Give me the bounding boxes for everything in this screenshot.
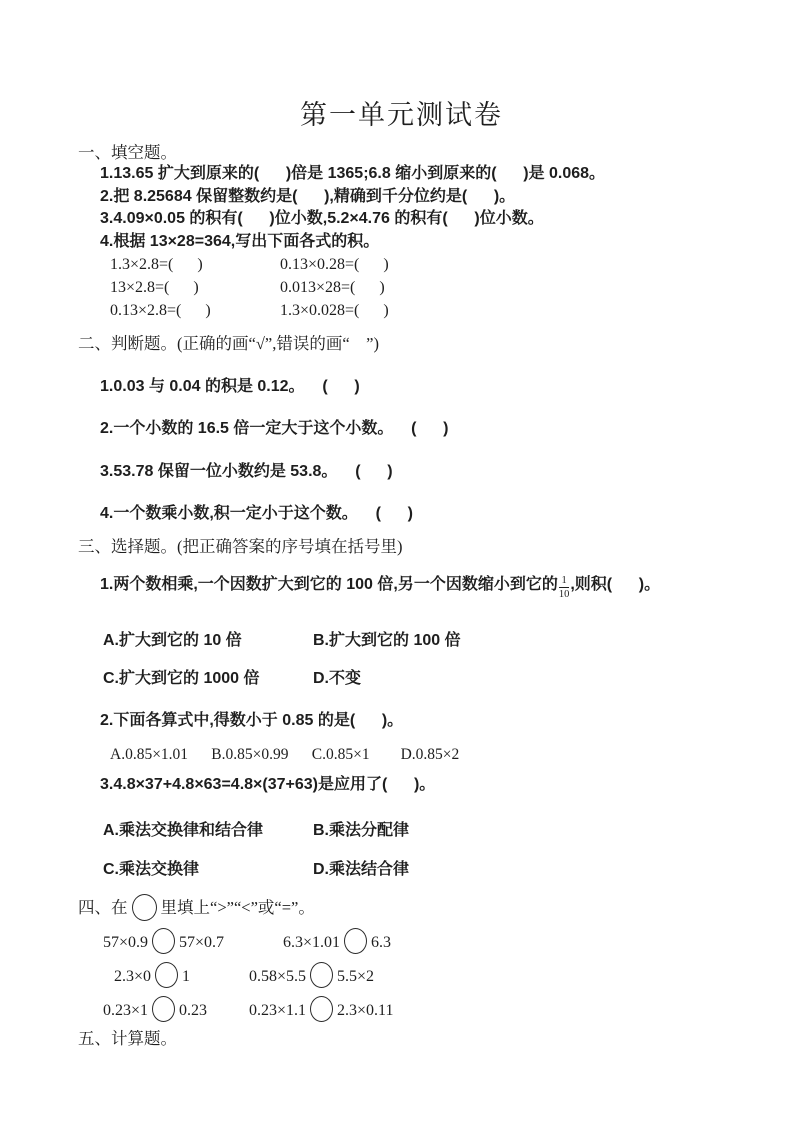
compare-circle-blank	[155, 962, 178, 988]
option-c: C.乘法交换律	[103, 859, 313, 881]
section-calc-header: 五、计算题。	[78, 1028, 725, 1050]
section-judge-header: 二、判断题。(正确的画“√”,错误的画“ ”)	[78, 333, 725, 355]
compare-row-2: 2.3×01 0.58×5.55.5×2	[114, 962, 725, 991]
fraction-numerator: 1	[559, 575, 570, 588]
product-row-1: 1.3×2.8=( ) 0.13×0.28=( )	[110, 253, 725, 276]
compare-pair: 2.3×01	[114, 962, 249, 991]
option-d: D.乘法结合律	[313, 859, 409, 881]
product-expression: 0.013×28=( )	[280, 276, 385, 299]
product-row-2: 13×2.8=( ) 0.013×28=( )	[110, 276, 725, 299]
compare-circle-icon	[132, 894, 157, 921]
choice-q1-text-pre: 1.两个数相乘,一个因数扩大到它的 100 倍,另一个因数缩小到它的	[100, 576, 558, 593]
option-b: B.乘法分配律	[313, 820, 409, 842]
fill-question-1: 1.13.65 扩大到原来的( )倍是 1365;6.8 缩小到原来的( )是 …	[100, 163, 725, 186]
test-paper-page: 第一单元测试卷 一、填空题。 1.13.65 扩大到原来的( )倍是 1365;…	[0, 0, 793, 1122]
choice-q3-options-row-1: A.乘法交换律和结合律 B.乘法分配律	[103, 820, 725, 842]
compare-pair: 0.58×5.55.5×2	[249, 962, 374, 991]
compare-right-expression: 0.23	[179, 1002, 207, 1019]
fraction-one-tenth: 110	[558, 575, 571, 600]
choice-question-3: 3.4.8×37+4.8×63=4.8×(37+63)是应用了( )。	[100, 774, 725, 796]
choice-q3-options-row-2: C.乘法交换律 D.乘法结合律	[103, 859, 725, 881]
compare-circle-blank	[152, 996, 175, 1022]
compare-left-expression: 0.58×5.5	[249, 968, 306, 985]
product-row-3: 0.13×2.8=( ) 1.3×0.028=( )	[110, 299, 725, 322]
judge-item-1: 1.0.03 与 0.04 的积是 0.12。 ( )	[100, 376, 725, 398]
compare-left-expression: 2.3×0	[114, 968, 151, 985]
judge-item-4: 4.一个数乘小数,积一定小于这个数。 ( )	[100, 503, 725, 525]
section-fill-header: 一、填空题。	[78, 142, 725, 163]
compare-row-3: 0.23×10.23 0.23×1.12.3×0.11	[103, 996, 725, 1025]
choice-q1-options-row-2: C.扩大到它的 1000 倍 D.不变	[103, 668, 725, 690]
section-choice-header: 三、选择题。(把正确答案的序号填在括号里)	[78, 536, 725, 558]
compare-pair: 6.3×1.016.3	[283, 928, 391, 957]
compare-left-expression: 0.23×1	[103, 1002, 148, 1019]
page-title: 第一单元测试卷	[78, 97, 725, 133]
compare-circle-blank	[344, 928, 367, 954]
option-c: C.扩大到它的 1000 倍	[103, 668, 313, 690]
option-a: A.扩大到它的 10 倍	[103, 630, 313, 652]
fill-question-2: 2.把 8.25684 保留整数约是( ),精确到千分位约是( )。	[100, 186, 725, 209]
choice-q1-options-row-1: A.扩大到它的 10 倍 B.扩大到它的 100 倍	[103, 630, 725, 652]
compare-row-1: 57×0.957×0.7 6.3×1.016.3	[103, 928, 725, 957]
compare-right-expression: 6.3	[371, 934, 391, 951]
compare-left-expression: 0.23×1.1	[249, 1002, 306, 1019]
product-expression: 13×2.8=( )	[110, 276, 280, 299]
option-b: B.扩大到它的 100 倍	[313, 630, 461, 652]
option-a: A.乘法交换律和结合律	[103, 820, 313, 842]
fill-question-3: 3.4.09×0.05 的积有( )位小数,5.2×4.76 的积有( )位小数…	[100, 208, 725, 231]
compare-pair: 0.23×10.23	[103, 996, 249, 1025]
judge-item-3: 3.53.78 保留一位小数约是 53.8。 ( )	[100, 461, 725, 483]
compare-left-expression: 57×0.9	[103, 934, 148, 951]
compare-pair: 57×0.957×0.7	[103, 928, 283, 957]
compare-circle-blank	[152, 928, 175, 954]
judge-item-2: 2.一个小数的 16.5 倍一定大于这个小数。 ( )	[100, 418, 725, 440]
option-d: D.不变	[313, 668, 361, 690]
compare-pair: 0.23×1.12.3×0.11	[249, 996, 393, 1025]
compare-circle-blank	[310, 962, 333, 988]
choice-question-2: 2.下面各算式中,得数小于 0.85 的是( )。	[100, 710, 725, 732]
compare-header-post: 里填上“>”“<”或“=”。	[161, 898, 315, 917]
choice-question-1: 1.两个数相乘,一个因数扩大到它的 100 倍,另一个因数缩小到它的110,则积…	[100, 571, 725, 600]
product-expression: 1.3×2.8=( )	[110, 253, 280, 276]
product-expression: 1.3×0.028=( )	[280, 299, 389, 322]
choice-q1-text-post: ,则积( )。	[570, 576, 660, 593]
section-compare-header: 四、在里填上“>”“<”或“=”。	[78, 893, 725, 923]
product-expression: 0.13×2.8=( )	[110, 299, 280, 322]
compare-header-pre: 四、在	[78, 898, 128, 917]
product-expression: 0.13×0.28=( )	[280, 253, 389, 276]
compare-right-expression: 57×0.7	[179, 934, 224, 951]
fill-question-4: 4.根据 13×28=364,写出下面各式的积。	[100, 231, 725, 254]
compare-circle-blank	[310, 996, 333, 1022]
compare-right-expression: 5.5×2	[337, 968, 374, 985]
fraction-denominator: 10	[559, 588, 570, 600]
compare-right-expression: 2.3×0.11	[337, 1002, 393, 1019]
compare-right-expression: 1	[182, 968, 190, 985]
compare-left-expression: 6.3×1.01	[283, 934, 340, 951]
choice-q2-options: A.0.85×1.01 B.0.85×0.99 C.0.85×1 D.0.85×…	[110, 744, 725, 766]
